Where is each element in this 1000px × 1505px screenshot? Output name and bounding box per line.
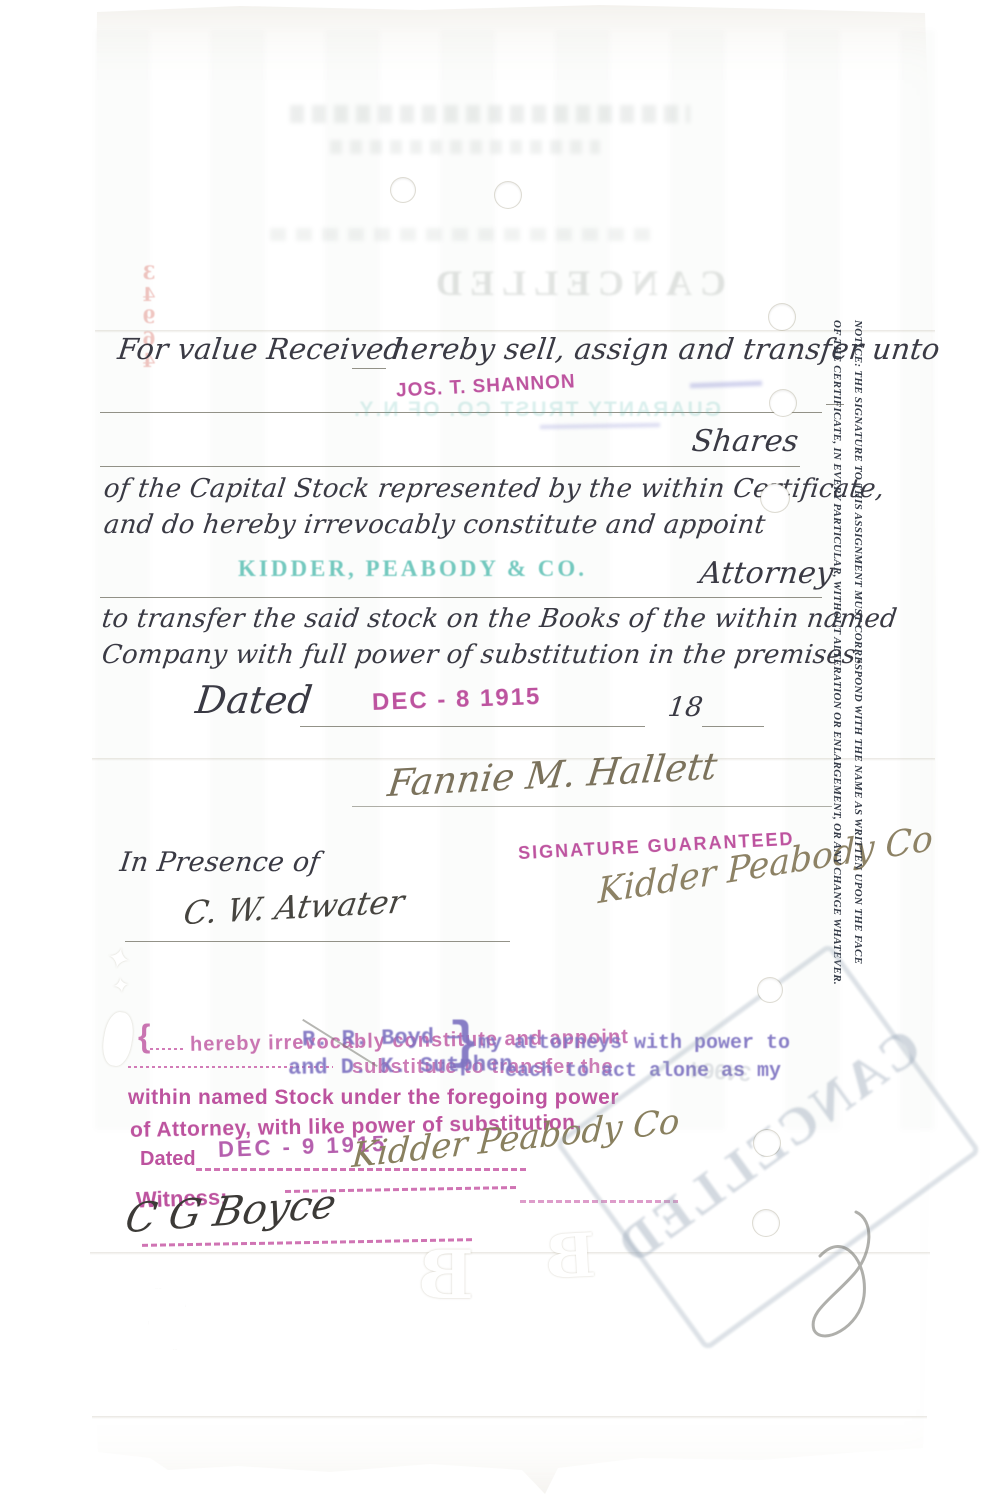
write-line (100, 412, 822, 413)
attorney-name-stamp-1: R. R. Boyd — (302, 1025, 461, 1053)
notice-line-1: NOTICE: THE SIGNATURE TO THIS ASSIGNMENT… (847, 320, 868, 992)
punch-hole (758, 978, 782, 1002)
write-line (100, 597, 822, 598)
scanned-stock-certificate-back: CANCELLED 34964 For value Received hereb… (0, 0, 1000, 1505)
kidder-peabody-stamp: KIDDER, PEABODY & CO. (238, 556, 587, 582)
witness-line (125, 941, 510, 942)
in-presence-label: In Presence of (118, 847, 321, 878)
attorney-stamp-brace: } (448, 1014, 479, 1073)
substitution-text: Company with full power of substitution … (100, 640, 866, 670)
poa-open-brace: { (138, 1018, 150, 1055)
punch-hole (769, 304, 795, 330)
punch-hole (753, 1210, 779, 1236)
for-value-received-text: For value Received (116, 332, 405, 366)
punch-hole (391, 178, 415, 202)
attorney-label: Attorney (698, 556, 836, 591)
year-prefix-18: 18 (666, 692, 705, 723)
poa-dated-label: Dated (140, 1148, 196, 1171)
pink-underline (520, 1200, 678, 1203)
blank-line (352, 368, 386, 369)
punch-hole (495, 182, 521, 208)
punch-hole (770, 390, 796, 416)
fold-line (92, 1416, 927, 1419)
punch-hole (761, 484, 789, 512)
date-stamp-dec-8-1915: DEC - 8 1915 (372, 683, 542, 717)
attorney-stamp-right-2: each to act alone as my (505, 1060, 781, 1083)
year-write-line (702, 726, 764, 727)
notice-line-2: OF THE CERTIFICATE, IN EVERY PARTICULAR,… (826, 320, 847, 992)
attorney-stamp-right-1: my attorneys with power to (478, 1032, 790, 1055)
write-line (100, 466, 800, 467)
constitute-appoint-text: and do hereby irrevocably constitute and… (102, 510, 767, 540)
poa-stamp-line-3: within named Stock under the foregoing p… (128, 1086, 619, 1110)
shares-label: Shares (690, 424, 801, 459)
notice-vertical-text: NOTICE: THE SIGNATURE TO THIS ASSIGNMENT… (824, 320, 868, 992)
b-punch-cutout: B (543, 1221, 597, 1294)
pencil-scribble (778, 1200, 908, 1350)
signature-line (352, 806, 832, 807)
b-punch-cutout: B (418, 1236, 474, 1314)
punch-hole (754, 1130, 780, 1156)
date-write-line (300, 726, 645, 727)
dated-label: Dated (193, 678, 315, 722)
transfer-books-text: to transfer the said stock on the Books … (100, 604, 899, 634)
poa-dotted-line (150, 1048, 186, 1050)
